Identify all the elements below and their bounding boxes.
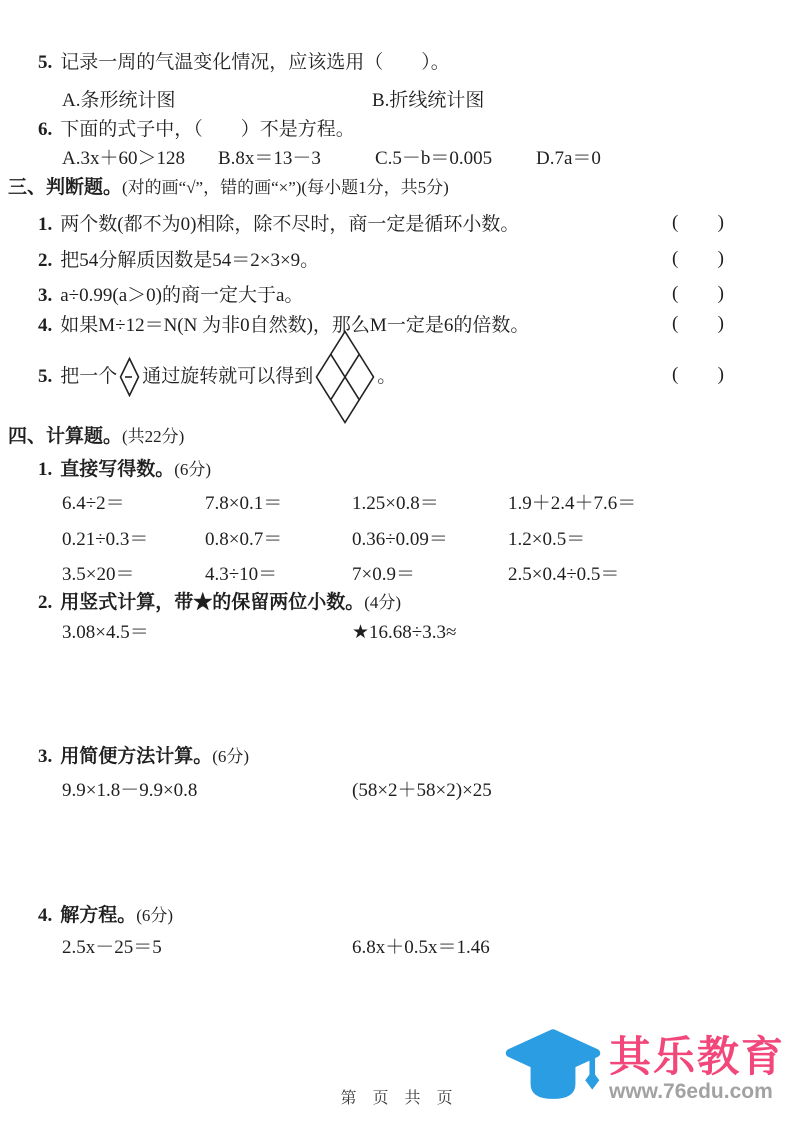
item-number: 2. xyxy=(38,592,52,613)
calc-q3-heading: 3.用简便方法计算。(6分) xyxy=(38,744,249,770)
item-number: 1. xyxy=(38,214,52,235)
paren-open: ( xyxy=(672,283,678,305)
calc-q4-expressions: 2.5x－25＝5 6.8x＋0.5x＝1.46 xyxy=(62,935,762,961)
answer-parentheses: () xyxy=(672,283,724,305)
paren-open: ( xyxy=(672,248,678,270)
answer-parentheses: () xyxy=(672,248,724,270)
expression: 2.5x－25＝5 xyxy=(62,937,162,958)
calc-q1-heading: 1.直接写得数。(6分) xyxy=(38,457,211,483)
question-text: 记录一周的气温变化情况，应该选用（ ）。 xyxy=(60,52,450,73)
exam-page: 5.记录一周的气温变化情况，应该选用（ ）。 A.条形统计图 B.折线统计图 6… xyxy=(0,0,793,1122)
item-number: 5. xyxy=(38,364,52,390)
expression: 1.25×0.8＝ xyxy=(352,488,508,515)
option-d: D.7a＝0 xyxy=(536,146,601,172)
section-title: 三、判断题。 xyxy=(8,177,122,198)
judge-item-5: 5. 把一个 通过旋转就可以得到 。 xyxy=(38,330,396,424)
item-text: 把54分解质因数是54＝2×3×9。 xyxy=(60,250,319,271)
paren-open: ( xyxy=(672,313,678,335)
item-title: 用竖式计算，带★的保留两位小数。 xyxy=(60,592,364,613)
small-rhombus-icon xyxy=(119,357,140,397)
option-b: B.折线统计图 xyxy=(372,88,484,114)
item-number: 3. xyxy=(38,746,52,767)
four-rhombus-icon xyxy=(315,330,375,424)
page-number-label: 第 页 共 页 xyxy=(340,1090,452,1107)
expression: (58×2＋58×2)×25 xyxy=(352,778,492,804)
expression: ★16.68÷3.3≈ xyxy=(352,620,456,646)
item-points: (4分) xyxy=(364,593,401,612)
expression: 7.8×0.1＝ xyxy=(205,488,352,515)
question-number: 5. xyxy=(38,52,52,73)
paren-close: ) xyxy=(718,283,724,305)
judge-item-3: 3.a÷0.99(a＞0)的商一定大于a。 xyxy=(38,283,303,309)
option-b: B.8x＝13－3 xyxy=(218,146,321,172)
item-title: 解方程。 xyxy=(60,905,136,926)
judge-item-2: 2.把54分解质因数是54＝2×3×9。 xyxy=(38,248,319,274)
option-a: A.3x＋60＞128 xyxy=(62,148,185,169)
expression: 6.8x＋0.5x＝1.46 xyxy=(352,935,490,961)
item-text: 通过旋转就可以得到 xyxy=(142,364,313,390)
item-number: 4. xyxy=(38,905,52,926)
expression: 3.5×20＝ xyxy=(62,559,205,586)
option-a: A.条形统计图 xyxy=(62,90,175,111)
question-5: 5.记录一周的气温变化情况，应该选用（ ）。 xyxy=(38,50,450,76)
expression: 2.5×0.4÷0.5＝ xyxy=(508,559,619,586)
question-number: 6. xyxy=(38,119,52,140)
paren-open: ( xyxy=(672,212,678,234)
expression: 4.3÷10＝ xyxy=(205,559,352,586)
item-text: 。 xyxy=(377,364,396,390)
item-text: a÷0.99(a＞0)的商一定大于a。 xyxy=(60,285,303,306)
item-points: (6分) xyxy=(136,906,173,925)
item-number: 1. xyxy=(38,459,52,480)
question-6-options: A.3x＋60＞128 B.8x＝13－3 C.5－b＝0.005 D.7a＝0 xyxy=(62,146,762,172)
paren-close: ) xyxy=(718,313,724,335)
calc-q2-heading: 2.用竖式计算，带★的保留两位小数。(4分) xyxy=(38,590,401,616)
section-title: 四、计算题。 xyxy=(8,426,122,447)
section-note: (共22分) xyxy=(122,427,184,446)
expression: 3.08×4.5＝ xyxy=(62,622,149,643)
paren-close: ) xyxy=(718,364,724,386)
judge-item-1: 1.两个数(都不为0)相除，除不尽时，商一定是循环小数。 xyxy=(38,212,519,238)
calc-q4-heading: 4.解方程。(6分) xyxy=(38,903,173,929)
mental-math-row-3: 3.5×20＝ 4.3÷10＝ 7×0.9＝ 2.5×0.4÷0.5＝ xyxy=(62,559,619,586)
expression: 0.21÷0.3＝ xyxy=(62,524,205,551)
calc-q3-expressions: 9.9×1.8－9.9×0.8 (58×2＋58×2)×25 xyxy=(62,778,762,804)
answer-parentheses: () xyxy=(672,364,724,386)
paren-close: ) xyxy=(718,248,724,270)
expression: 0.8×0.7＝ xyxy=(205,524,352,551)
answer-parentheses: () xyxy=(672,212,724,234)
item-points: (6分) xyxy=(174,460,211,479)
item-text: 把一个 xyxy=(60,364,117,390)
paren-open: ( xyxy=(672,364,678,386)
question-6: 6.下面的式子中，（ ）不是方程。 xyxy=(38,117,355,143)
brand-name: 其乐教育 xyxy=(609,1034,785,1080)
brand-url: www.76edu.com xyxy=(609,1080,785,1104)
expression: 7×0.9＝ xyxy=(352,559,508,586)
paren-close: ) xyxy=(718,212,724,234)
item-text: 两个数(都不为0)相除，除不尽时，商一定是循环小数。 xyxy=(60,214,519,235)
item-title: 直接写得数。 xyxy=(60,459,174,480)
answer-parentheses: () xyxy=(672,313,724,335)
calc-q2-expressions: 3.08×4.5＝ ★16.68÷3.3≈ xyxy=(62,620,762,646)
item-title: 用简便方法计算。 xyxy=(60,746,212,767)
mental-math-row-1: 6.4÷2＝ 7.8×0.1＝ 1.25×0.8＝ 1.9＋2.4＋7.6＝ xyxy=(62,488,636,515)
item-number: 3. xyxy=(38,285,52,306)
expression: 6.4÷2＝ xyxy=(62,488,205,515)
expression: 1.2×0.5＝ xyxy=(508,524,585,551)
mental-math-row-2: 0.21÷0.3＝ 0.8×0.7＝ 0.36÷0.09＝ 1.2×0.5＝ xyxy=(62,524,585,551)
expression: 9.9×1.8－9.9×0.8 xyxy=(62,780,197,801)
graduation-cap-icon xyxy=(503,1026,603,1112)
expression: 0.36÷0.09＝ xyxy=(352,524,508,551)
section-calc-heading: 四、计算题。(共22分) xyxy=(8,424,184,450)
question-5-options: A.条形统计图 B.折线统计图 xyxy=(62,88,722,114)
section-note: (对的画“√”，错的画“×”)(每小题1分，共5分) xyxy=(122,178,449,197)
option-c: C.5－b＝0.005 xyxy=(375,146,492,172)
question-text: 下面的式子中，（ ）不是方程。 xyxy=(60,119,355,140)
item-number: 2. xyxy=(38,250,52,271)
expression: 1.9＋2.4＋7.6＝ xyxy=(508,488,636,515)
item-points: (6分) xyxy=(212,747,249,766)
section-judge-heading: 三、判断题。(对的画“√”，错的画“×”)(每小题1分，共5分) xyxy=(8,175,449,201)
brand-text: 其乐教育 www.76edu.com xyxy=(609,1034,785,1104)
brand-logo: 其乐教育 www.76edu.com xyxy=(503,1026,785,1112)
